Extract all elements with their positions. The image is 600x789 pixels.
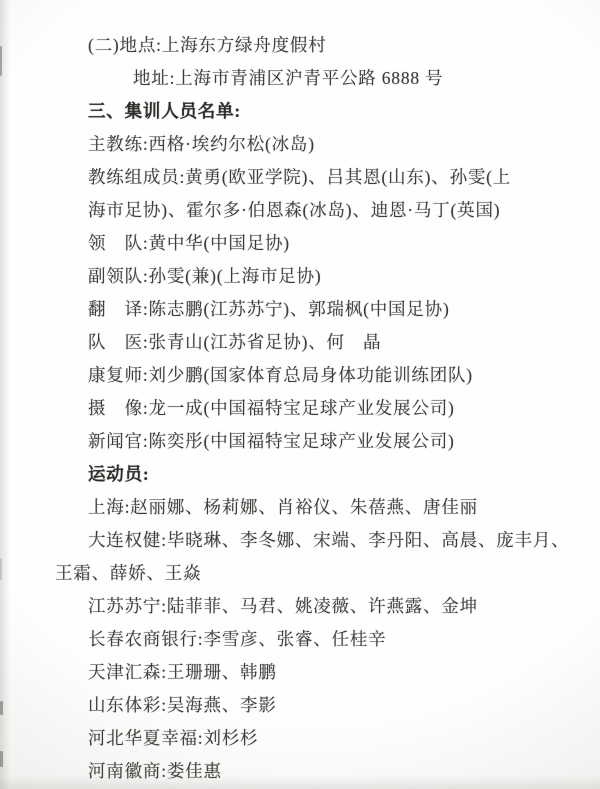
- players-hebei: 河北华夏幸福:刘杉杉: [0, 722, 600, 755]
- venue-line: (二)地点:上海东方绿舟度假村: [0, 29, 600, 62]
- team-doctor-line: 队 医:张青山(江苏省足协)、何 晶: [0, 326, 600, 359]
- videographer-line: 摄 像:龙一成(中国福特宝足球产业发展公司): [0, 392, 600, 425]
- scanned-document-page: (二)地点:上海东方绿舟度假村地址:上海市青浦区沪青平公路 6888 号三、集训…: [0, 0, 600, 789]
- deputy-leader-line: 副领队:孙雯(兼)(上海市足协): [0, 260, 600, 293]
- players-henan: 河南徽商:娄佳惠: [0, 755, 600, 788]
- players-heading: 运动员:: [0, 458, 600, 491]
- press-officer-line: 新闻官:陈奕彤(中国福特宝足球产业发展公司): [0, 425, 600, 458]
- section-heading: 三、集训人员名单:: [0, 95, 600, 128]
- rehab-therapist-line: 康复师:刘少鹏(国家体育总局身体功能训练团队): [0, 359, 600, 392]
- players-jiangsu: 江苏苏宁:陆菲菲、马君、姚凌薇、许燕露、金坤: [0, 590, 600, 623]
- team-leader-line: 领 队:黄中华(中国足协): [0, 227, 600, 260]
- head-coach-line: 主教练:西格·埃约尔松(冰岛): [0, 128, 600, 161]
- document-body: (二)地点:上海东方绿舟度假村地址:上海市青浦区沪青平公路 6888 号三、集训…: [0, 0, 600, 788]
- players-tianjin: 天津汇森:王珊珊、韩鹏: [0, 656, 600, 689]
- translator-line: 翻 译:陈志鹏(江苏苏宁)、郭瑞枫(中国足协): [0, 293, 600, 326]
- players-shandong: 山东体彩:吴海燕、李影: [0, 689, 600, 722]
- players-shanghai: 上海:赵丽娜、杨莉娜、肖裕仪、朱蓓燕、唐佳丽: [0, 491, 600, 524]
- players-changchun: 长春农商银行:李雪彦、张睿、任桂辛: [0, 623, 600, 656]
- coaching-staff-line-2: 海市足协)、霍尔多·伯恩森(冰岛)、迪恩·马丁(英国): [0, 194, 600, 227]
- address-line: 地址:上海市青浦区沪青平公路 6888 号: [0, 62, 600, 95]
- coaching-staff-line-1: 教练组成员:黄勇(欧亚学院)、吕其恩(山东)、孙雯(上: [0, 161, 600, 194]
- players-dalian-line-2: 王霜、薛娇、王焱: [0, 557, 600, 590]
- players-dalian-line-1: 大连权健:毕晓琳、李冬娜、宋端、李丹阳、高晨、庞丰月、: [0, 524, 600, 557]
